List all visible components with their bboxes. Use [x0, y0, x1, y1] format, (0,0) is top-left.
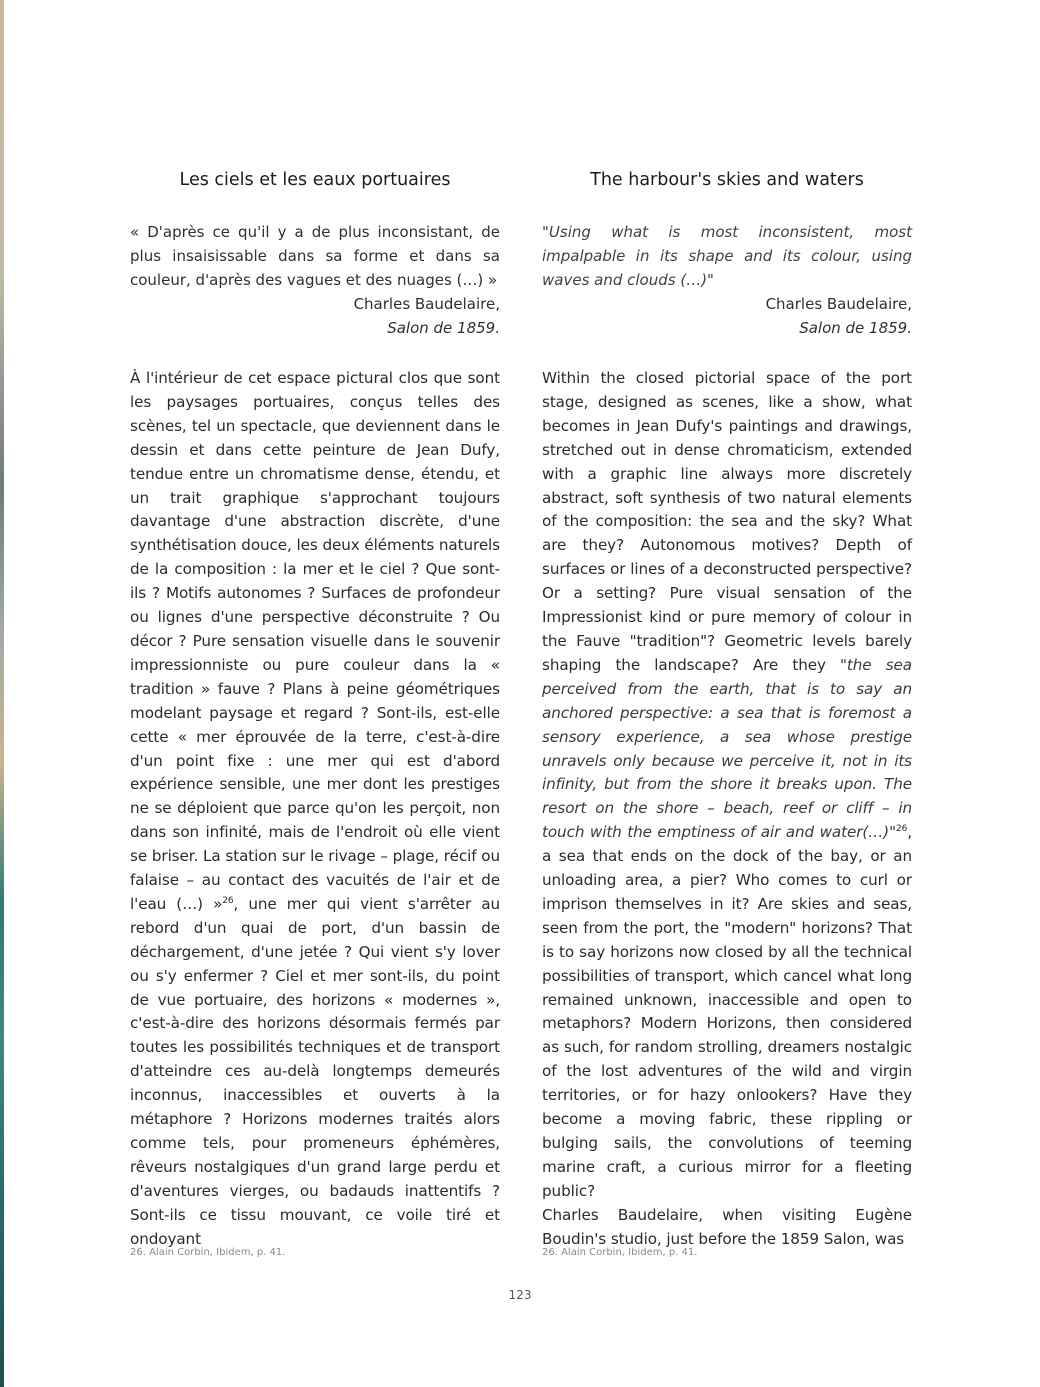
- english-body-part1: Within the closed pictorial space of the…: [542, 369, 912, 674]
- english-epigraph: "Using what is most inconsistent, most i…: [542, 220, 912, 292]
- french-heading: Les ciels et les eaux portuaires: [130, 168, 500, 192]
- english-body-quote: "the sea perceived from the earth, that …: [542, 656, 912, 841]
- english-epigraph-source: Salon de 1859.: [799, 319, 912, 337]
- french-epigraph: « D'après ce qu'il y a de plus inconsist…: [130, 220, 500, 292]
- english-column: The harbour's skies and waters "Using wh…: [542, 168, 912, 1252]
- french-epigraph-author: Charles Baudelaire,: [130, 292, 500, 316]
- english-body-para2: Charles Baudelaire, when visiting Eugène…: [542, 1204, 912, 1252]
- page-number: 123: [0, 1288, 1040, 1302]
- french-footnote-ref[interactable]: 26: [222, 896, 233, 906]
- english-epigraph-author: Charles Baudelaire,: [542, 292, 912, 316]
- french-footnote: 26. Alain Corbin, Ibidem, p. 41.: [130, 1247, 285, 1258]
- french-epigraph-source: Salon de 1859.: [387, 319, 500, 337]
- english-body-part2: , a sea that ends on the dock of the bay…: [542, 823, 912, 1200]
- french-body: À l'intérieur de cet espace pictural clo…: [130, 367, 500, 1252]
- english-heading: The harbour's skies and waters: [542, 168, 912, 192]
- french-column: Les ciels et les eaux portuaires « D'apr…: [130, 168, 500, 1252]
- french-body-part2: , une mer qui vient s'arrêter au rebord …: [130, 895, 500, 1248]
- english-body: Within the closed pictorial space of the…: [542, 367, 912, 1252]
- page-edge-strip: [0, 0, 4, 1387]
- english-footnote: 26. Alain Corbin, Ibidem, p. 41.: [542, 1247, 697, 1258]
- french-body-part1: À l'intérieur de cet espace pictural clo…: [130, 369, 500, 913]
- english-footnote-ref[interactable]: 26: [896, 824, 907, 834]
